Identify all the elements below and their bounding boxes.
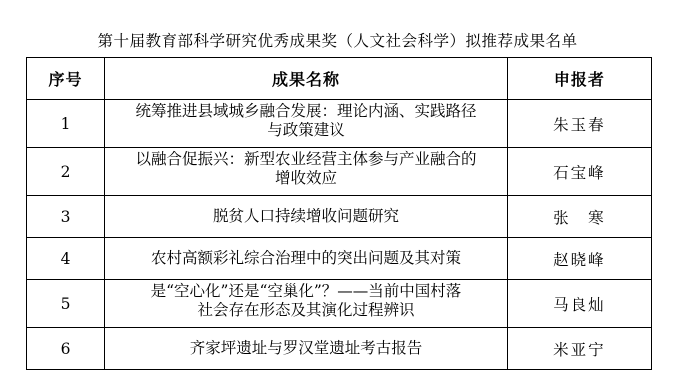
row-name-line1: 脱贫人口持续增收问题研究: [105, 207, 507, 226]
table-row: 1 统筹推进县域城乡融合发展：理论内涵、实践路径 与政策建议 朱玉春: [27, 100, 652, 148]
row-index: 5: [27, 280, 105, 328]
recommendation-table: 序号 成果名称 申报者 1 统筹推进县域城乡融合发展：理论内涵、实践路径 与政策…: [26, 57, 652, 370]
row-name: 统筹推进县域城乡融合发展：理论内涵、实践路径 与政策建议: [105, 100, 508, 148]
row-name: 农村高额彩礼综合治理中的突出问题及其对策: [105, 238, 508, 280]
row-applicant: 张 寒: [507, 196, 651, 238]
table-row: 6 齐家坪遗址与罗汉堂遗址考古报告 米亚宁: [27, 328, 652, 370]
row-name: 是“空心化”还是“空巢化”？——当前中国村落 社会存在形态及其演化过程辨识: [105, 280, 508, 328]
row-name: 齐家坪遗址与罗汉堂遗址考古报告: [105, 328, 508, 370]
document-title: 第十届教育部科学研究优秀成果奖（人文社会科学）拟推荐成果名单: [0, 31, 675, 51]
row-applicant: 马良灿: [507, 280, 651, 328]
row-applicant: 朱玉春: [507, 100, 651, 148]
row-name-line2: 与政策建议: [105, 121, 507, 140]
row-index: 4: [27, 238, 105, 280]
row-index: 6: [27, 328, 105, 370]
row-name-line1: 齐家坪遗址与罗汉堂遗址考古报告: [105, 339, 507, 358]
header-name: 成果名称: [105, 58, 508, 100]
row-index: 3: [27, 196, 105, 238]
header-index: 序号: [27, 58, 105, 100]
table-row: 4 农村高额彩礼综合治理中的突出问题及其对策 赵晓峰: [27, 238, 652, 280]
row-name-line2: 增收效应: [105, 169, 507, 188]
table-row: 2 以融合促振兴：新型农业经营主体参与产业融合的 增收效应 石宝峰: [27, 148, 652, 196]
row-index: 1: [27, 100, 105, 148]
row-name-line2: 社会存在形态及其演化过程辨识: [105, 301, 507, 320]
table-row: 3 脱贫人口持续增收问题研究 张 寒: [27, 196, 652, 238]
row-name: 以融合促振兴：新型农业经营主体参与产业融合的 增收效应: [105, 148, 508, 196]
table-row: 5 是“空心化”还是“空巢化”？——当前中国村落 社会存在形态及其演化过程辨识 …: [27, 280, 652, 328]
header-applicant: 申报者: [507, 58, 651, 100]
row-name-line1: 农村高额彩礼综合治理中的突出问题及其对策: [105, 249, 507, 268]
row-applicant: 赵晓峰: [507, 238, 651, 280]
row-applicant: 米亚宁: [507, 328, 651, 370]
row-name: 脱贫人口持续增收问题研究: [105, 196, 508, 238]
row-index: 2: [27, 148, 105, 196]
row-name-line1: 统筹推进县域城乡融合发展：理论内涵、实践路径: [105, 102, 507, 121]
table-header-row: 序号 成果名称 申报者: [27, 58, 652, 100]
row-applicant: 石宝峰: [507, 148, 651, 196]
row-name-line1: 以融合促振兴：新型农业经营主体参与产业融合的: [105, 150, 507, 169]
row-name-line1: 是“空心化”还是“空巢化”？——当前中国村落: [105, 282, 507, 301]
